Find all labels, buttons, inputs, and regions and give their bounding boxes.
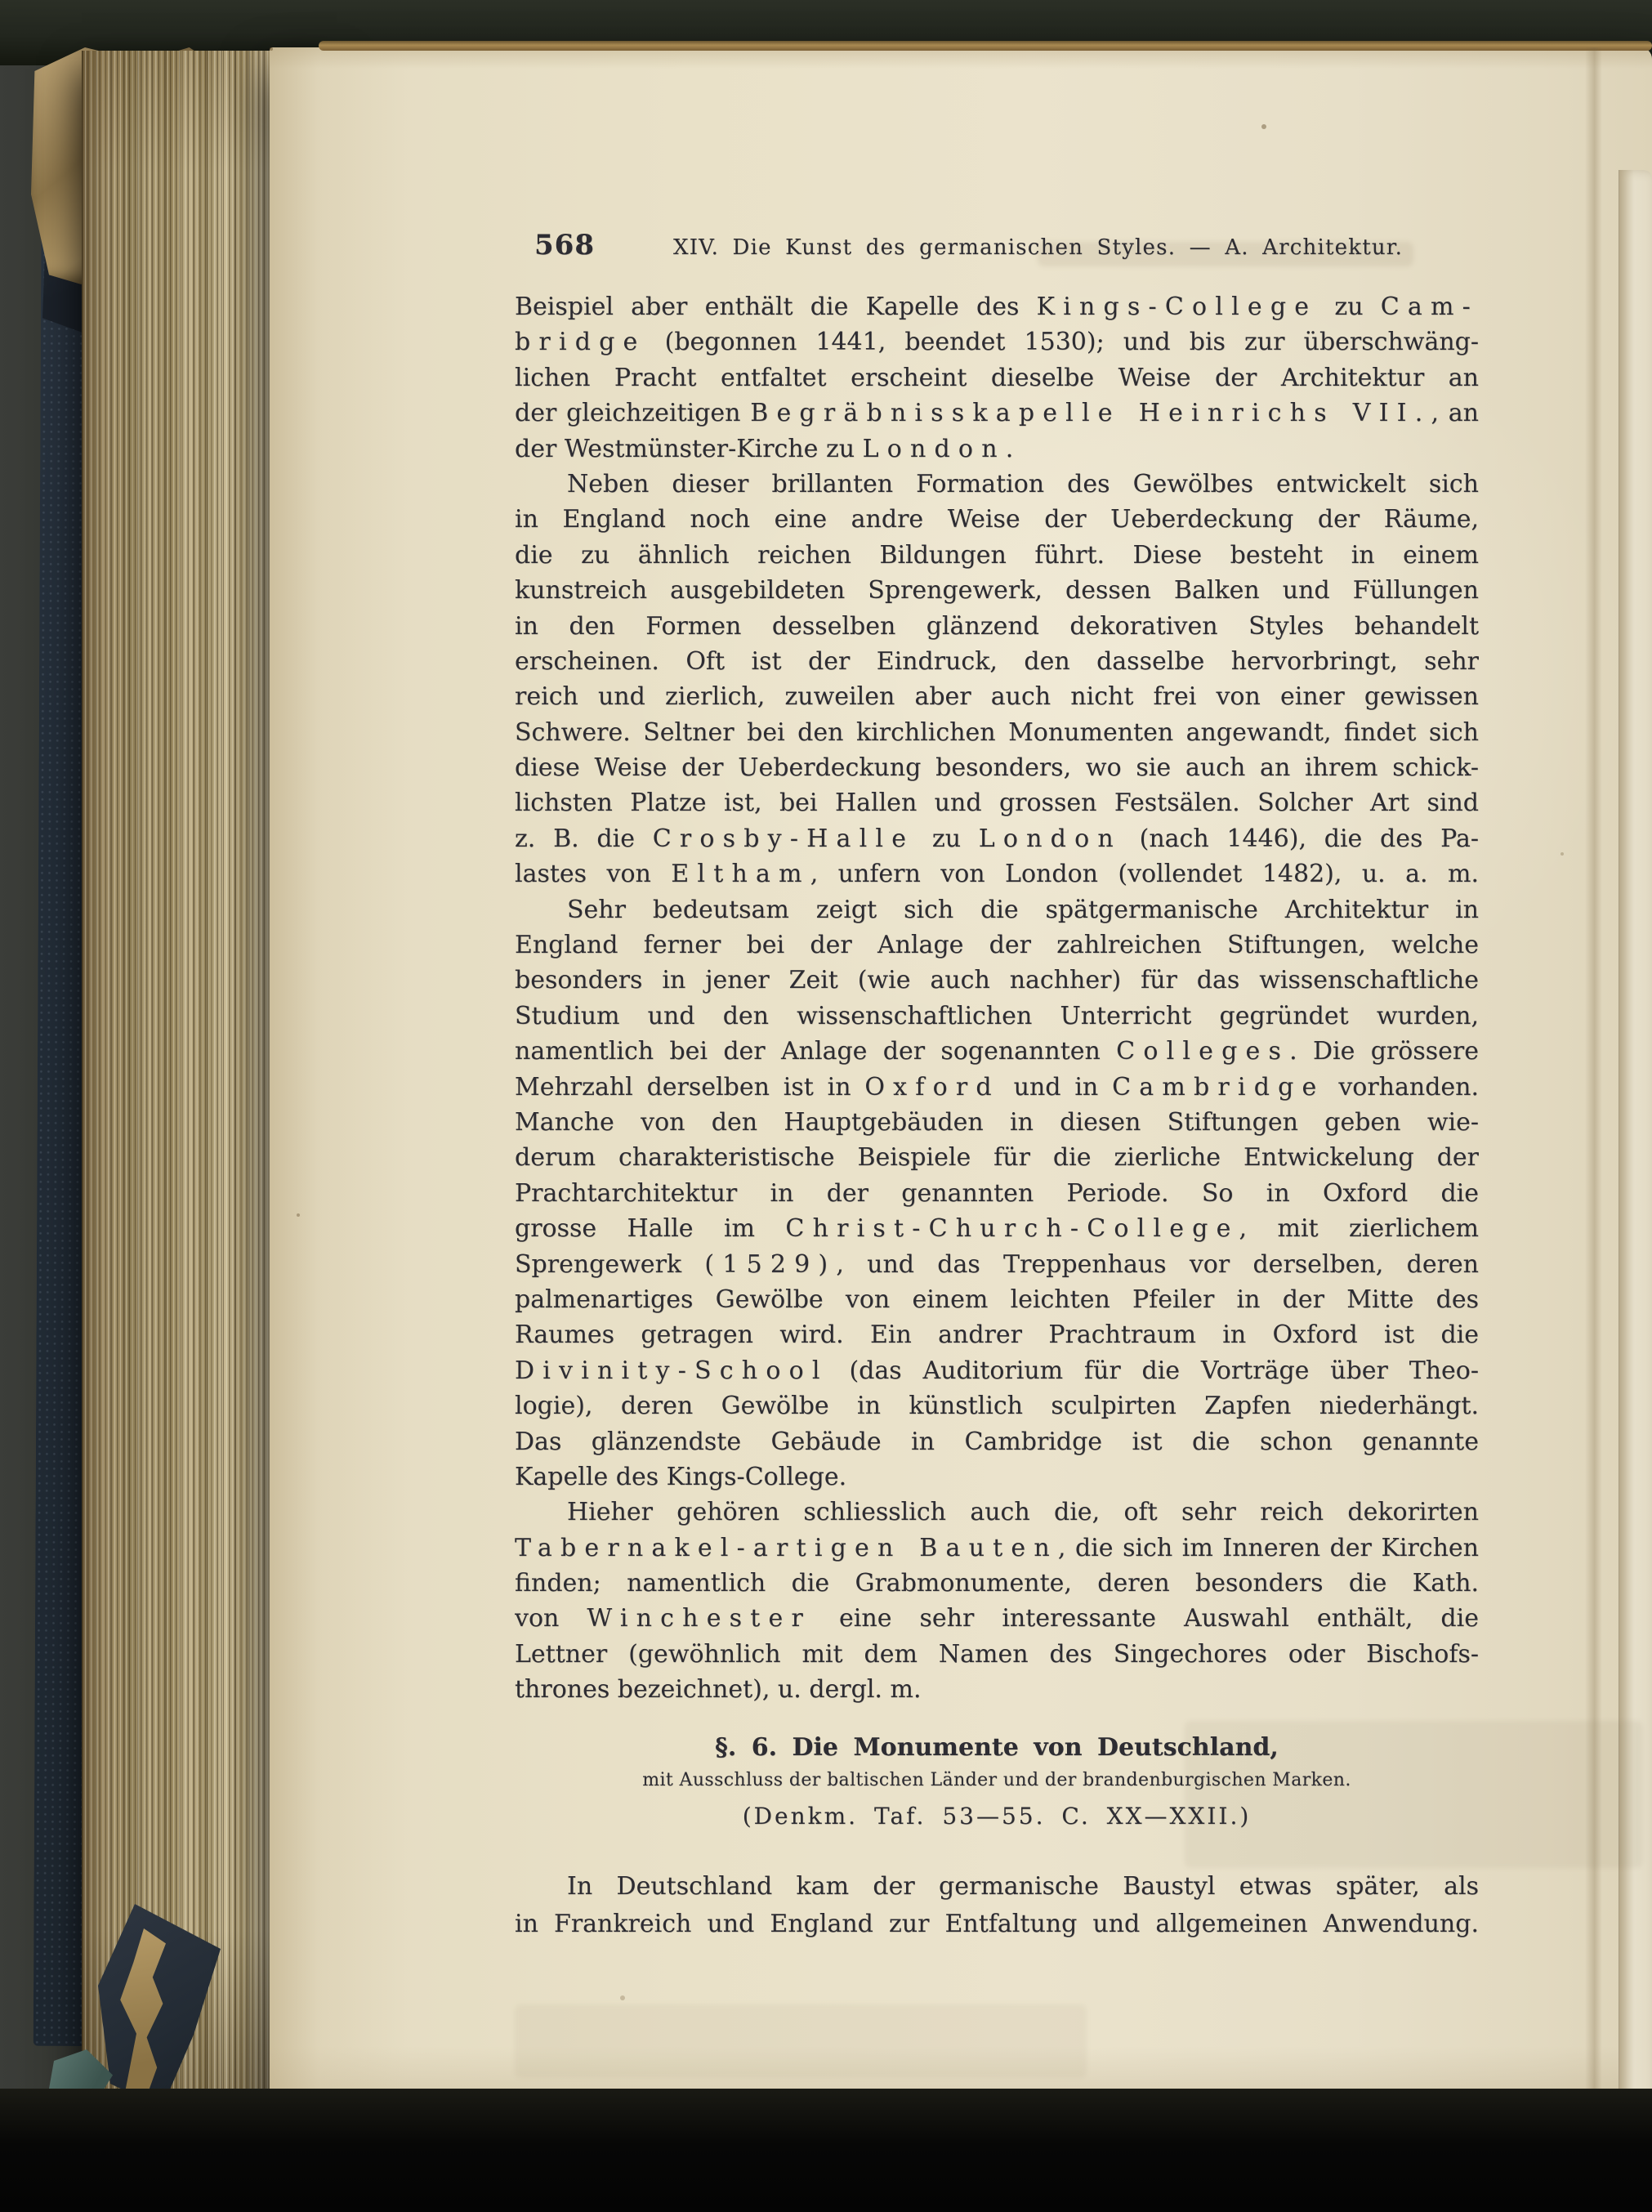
text-run: London [863, 435, 1006, 463]
text-run: Neben dieser brillanten Formation des Ge… [567, 470, 1479, 498]
text-line: diese Weise der Ueberdeckung besonders, … [515, 750, 1479, 785]
text-line: palmenartiges Gewölbe von einem leichten… [515, 1282, 1479, 1317]
text-run: und in [1000, 1073, 1112, 1102]
text-run: Cambridge [1112, 1073, 1324, 1102]
text-run: finden; namentlich die Grabmonumente, de… [515, 1569, 1479, 1598]
text-run: lichsten Platze ist, bei Hallen und gros… [515, 789, 1479, 817]
text-run: grosse Halle im [515, 1214, 785, 1243]
text-line: Hieher gehören schliesslich auch die, of… [515, 1495, 1479, 1530]
text-run: lastes von [515, 860, 671, 888]
background-bottom [0, 2089, 1652, 2212]
text-line: besonders in jener Zeit (wie auch nachhe… [515, 963, 1479, 998]
text-run: Hieher gehören schliesslich auch die, of… [567, 1498, 1479, 1526]
section-heading-subtitle: mit Ausschluss der baltischen Länder und… [515, 1767, 1479, 1794]
text-run: z. B. die [515, 824, 653, 853]
text-run: der gleichzeitigen [515, 399, 750, 427]
text-run: Begräbnisskapelle Heinrichs VII. [750, 399, 1431, 427]
text-column: 568 XIV. Die Kunst des germanischen Styl… [515, 229, 1479, 1943]
text-run: lichen Pracht entfaltet erscheint diesel… [515, 364, 1479, 392]
section-heading-title: §. 6. Die Monumente von Deutschland, [515, 1729, 1479, 1767]
text-line: lichen Pracht entfaltet erscheint diesel… [515, 360, 1479, 395]
text-run: die zu ähnlich reichen Bildungen führt. … [515, 541, 1479, 570]
text-line: namentlich bei der Anlage der sogenannte… [515, 1034, 1479, 1069]
text-run: Sehr bedeutsam zeigt sich die spätgerman… [567, 896, 1479, 924]
text-line: kunstreich ausgebildeten Sprengewerk, de… [515, 573, 1479, 608]
text-run: (nach 1446), die des Pa- [1122, 824, 1479, 853]
text-run: Das glänzendste Gebäude in Cambridge ist… [515, 1428, 1479, 1456]
text-line: Tabernakel-artigen Bauten, die sich im I… [515, 1531, 1479, 1566]
page-top-edge [319, 41, 1652, 51]
text-line: der Westmünster-Kirche zu London. [515, 431, 1479, 467]
text-run: Oxford [864, 1073, 999, 1102]
text-line: Studium und den wissenschaftlichen Unter… [515, 999, 1479, 1034]
text-run: Christ-Church-College [785, 1214, 1239, 1243]
text-line: der gleichzeitigen Begräbnisskapelle Hei… [515, 395, 1479, 431]
text-run: Colleges [1116, 1037, 1289, 1066]
text-run: Kings-College [1037, 293, 1318, 321]
text-line: von Winchester eine sehr interessante Au… [515, 1601, 1479, 1636]
text-line: Prachtarchitektur in der genannten Perio… [515, 1176, 1479, 1211]
text-run: In Deutschland kam der germanische Baust… [567, 1872, 1479, 1901]
text-run: Sprengewerk [515, 1250, 704, 1279]
text-line: in Frankreich und England zur Entfaltung… [515, 1906, 1479, 1943]
body-text: Beispiel aber enthält die Kapelle des Ki… [515, 289, 1479, 1708]
text-line: die zu ähnlich reichen Bildungen führt. … [515, 538, 1479, 573]
text-run: der Westmünster-Kirche zu [515, 435, 863, 463]
text-run: palmenartiges Gewölbe von einem leichten… [515, 1285, 1479, 1314]
text-line: grosse Halle im Christ-Church-College, m… [515, 1211, 1479, 1246]
text-line: derum charakteristische Beispiele für di… [515, 1140, 1479, 1175]
text-run: in England noch eine andre Weise der Ueb… [515, 505, 1479, 534]
text-line: logie), deren Gewölbe in künstlich sculp… [515, 1388, 1479, 1423]
text-run: in den Formen desselben glänzend dekorat… [515, 612, 1479, 641]
text-run: Schwere. Seltner bei den kirchlichen Mon… [515, 718, 1479, 747]
text-run: reich und zierlich, zuweilen aber auch n… [515, 682, 1479, 711]
page-number: 568 [534, 229, 595, 261]
text-line: in England noch eine andre Weise der Ueb… [515, 502, 1479, 537]
text-run: , und das Treppenhaus vor derselben, der… [836, 1250, 1479, 1279]
text-run: , die sich im Inneren der Kirchen [1058, 1534, 1479, 1562]
text-run: London [979, 824, 1122, 853]
text-run: . Die grössere [1289, 1037, 1479, 1066]
text-line: erscheinen. Oft ist der Eindruck, den da… [515, 644, 1479, 679]
text-line: finden; namentlich die Grabmonumente, de… [515, 1566, 1479, 1601]
text-run: logie), deren Gewölbe in künstlich sculp… [515, 1392, 1479, 1420]
text-run: Studium und den wissenschaftlichen Unter… [515, 1002, 1479, 1030]
text-run: (1529) [704, 1250, 836, 1279]
text-run: vorhanden. [1324, 1073, 1479, 1102]
text-line: in den Formen desselben glänzend dekorat… [515, 609, 1479, 644]
text-line: lastes von Eltham, unfern von London (vo… [515, 856, 1479, 892]
text-line: lichsten Platze ist, bei Hallen und gros… [515, 785, 1479, 820]
text-run: kunstreich ausgebildeten Sprengewerk, de… [515, 576, 1479, 605]
chapter-title: XIV. Die Kunst des germanischen Styles. … [673, 235, 1403, 260]
text-line: Schwere. Seltner bei den kirchlichen Mon… [515, 715, 1479, 750]
text-run: Mehrzahl derselben ist in [515, 1073, 864, 1102]
text-line: reich und zierlich, zuweilen aber auch n… [515, 679, 1479, 714]
text-run: (begonnen 1441, beendet 1530); und bis z… [646, 328, 1479, 356]
text-run: eine sehr interessante Auswahl enthält, … [811, 1604, 1479, 1633]
text-run: von [515, 1604, 587, 1633]
foxing-spots [270, 47, 273, 51]
text-run: Raumes getragen wird. Ein andrer Prachtr… [515, 1320, 1479, 1349]
text-run: , mit zierlichem [1239, 1214, 1479, 1243]
body-text-after-heading: In Deutschland kam der germanische Baust… [515, 1868, 1479, 1943]
text-run: bridge [515, 328, 646, 356]
text-line: z. B. die Crosby-Halle zu London (nach 1… [515, 821, 1479, 856]
text-line: Das glänzendste Gebäude in Cambridge ist… [515, 1424, 1479, 1459]
text-line: Sprengewerk (1529), und das Treppenhaus … [515, 1247, 1479, 1282]
text-run: , an [1431, 399, 1479, 427]
text-run: besonders in jener Zeit (wie auch nachhe… [515, 966, 1479, 994]
book-scan: 568 XIV. Die Kunst des germanischen Styl… [0, 0, 1652, 2212]
text-line: England ferner bei der Anlage der zahlre… [515, 927, 1479, 963]
text-run: thrones bezeichnet), u. dergl. m. [515, 1675, 921, 1704]
section-heading: §. 6. Die Monumente von Deutschland, mit… [515, 1729, 1479, 1835]
text-run: England ferner bei der Anlage der zahlre… [515, 931, 1479, 959]
text-line: Manche von den Hauptgebäuden in diesen S… [515, 1105, 1479, 1140]
running-header: 568 XIV. Die Kunst des germanischen Styl… [515, 229, 1479, 265]
text-run: Divinity-School [515, 1356, 828, 1385]
text-run: (das Auditorium für die Vorträge über Th… [828, 1356, 1479, 1385]
text-line: Lettner (gewöhnlich mit dem Namen des Si… [515, 1637, 1479, 1672]
text-line: bridge (begonnen 1441, beendet 1530); un… [515, 324, 1479, 360]
text-run: , unfern von London (vollendet 1482), u.… [810, 860, 1479, 888]
text-run: Winchester [587, 1604, 811, 1633]
text-run: Lettner (gewöhnlich mit dem Namen des Si… [515, 1640, 1479, 1669]
text-run: zu [1317, 293, 1381, 321]
text-run: erscheinen. Oft ist der Eindruck, den da… [515, 647, 1479, 676]
text-line: Kapelle des Kings-College. [515, 1459, 1479, 1495]
text-run: Crosby-Halle [653, 824, 914, 853]
text-run: derum charakteristische Beispiele für di… [515, 1143, 1479, 1172]
text-line: Beispiel aber enthält die Kapelle des Ki… [515, 289, 1479, 324]
text-line: thrones bezeichnet), u. dergl. m. [515, 1672, 1479, 1707]
text-run: in Frankreich und England zur Entfaltung… [515, 1910, 1479, 1938]
text-line: In Deutschland kam der germanische Baust… [515, 1868, 1479, 1906]
text-run: Cam- [1381, 293, 1479, 321]
text-line: Raumes getragen wird. Ein andrer Prachtr… [515, 1317, 1479, 1352]
text-run: Tabernakel-artigen Bauten [515, 1534, 1058, 1562]
text-run: . [1006, 435, 1014, 463]
text-line: Sehr bedeutsam zeigt sich die spätgerman… [515, 892, 1479, 927]
text-run: Manche von den Hauptgebäuden in diesen S… [515, 1108, 1479, 1137]
text-run: Prachtarchitektur in der genannten Perio… [515, 1179, 1479, 1208]
text-run: Beispiel aber enthält die Kapelle des [515, 293, 1037, 321]
text-run: namentlich bei der Anlage der sogenannte… [515, 1037, 1116, 1066]
text-line: Neben dieser brillanten Formation des Ge… [515, 467, 1479, 502]
showthrough-smudge [515, 2004, 1087, 2078]
text-run: zu [914, 824, 979, 853]
text-run: diese Weise der Ueberdeckung besonders, … [515, 753, 1479, 782]
section-heading-reference: (Denkm. Taf. 53—55. C. XX—XXII.) [515, 1798, 1479, 1835]
text-run: Eltham [671, 860, 810, 888]
text-line: Divinity-School (das Auditorium für die … [515, 1353, 1479, 1388]
text-line: Mehrzahl derselben ist in Oxford und in … [515, 1070, 1479, 1105]
text-run: Kapelle des Kings-College. [515, 1463, 846, 1491]
book-page: 568 XIV. Die Kunst des germanischen Styl… [270, 47, 1652, 2129]
